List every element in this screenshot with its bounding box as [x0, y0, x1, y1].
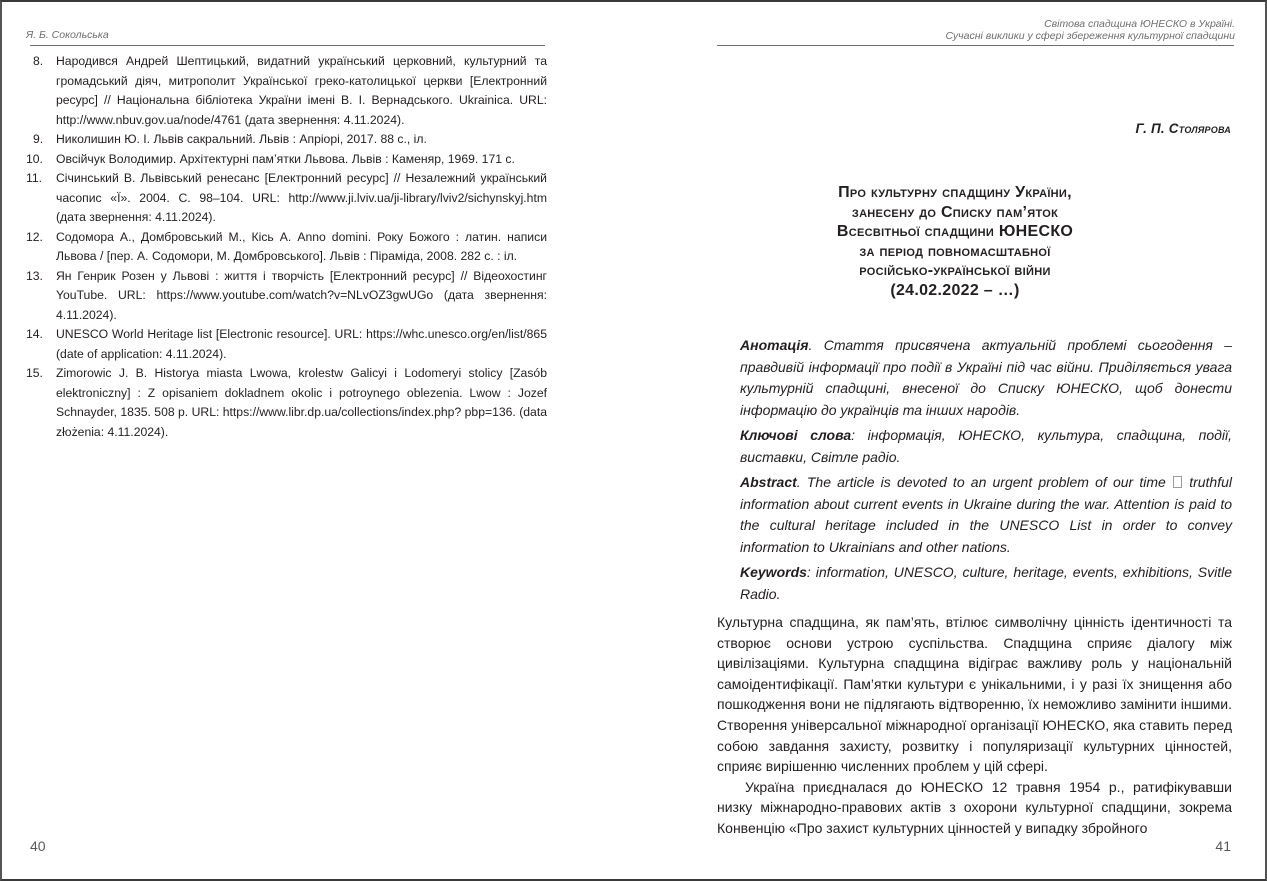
reference-item: 10. Овсійчук Володимир. Архітектурні пам…: [26, 150, 547, 170]
reference-text: Содомора А., Домбровський М., Кісь А. An…: [56, 230, 547, 264]
body-paragraph: Україна приєдналася до ЮНЕСКО 12 травня …: [717, 777, 1232, 839]
title-line: російсько-української війни: [755, 261, 1155, 281]
right-page: Світова спадщина ЮНЕСКО в Україні. Сучас…: [635, 2, 1267, 879]
abstract-block: Анотація. Стаття присвячена актуальній п…: [740, 335, 1232, 609]
title-line: за період повномасштабної: [755, 242, 1155, 262]
keywords-ua-label: Ключові слова: [740, 427, 851, 443]
annotation-text: . Стаття присвячена актуальній проблемі …: [740, 337, 1232, 418]
reference-text: Овсійчук Володимир. Архітектурні пам’ятк…: [56, 152, 515, 166]
reference-text: Січинський В. Львівський ренесанс [Елект…: [56, 171, 547, 224]
reference-number: 15.: [26, 364, 52, 384]
references-list: 8. Народився Андрей Шептицький, видатний…: [26, 52, 547, 442]
keywords-en-text: : information, UNESCO, culture, heritage…: [740, 564, 1232, 602]
running-head-collection: Світова спадщина ЮНЕСКО в Україні. Сучас…: [945, 18, 1235, 42]
article-author: Г. П. Столярова: [1135, 121, 1231, 136]
reference-number: 9.: [26, 130, 52, 150]
abstract-label: Abstract: [740, 474, 797, 490]
reference-text: Ян Генрик Розен у Львові : життя і творч…: [56, 269, 547, 322]
running-head-author: Я. Б. Сокольська: [26, 29, 109, 41]
missing-glyph-icon: [1173, 476, 1182, 488]
book-spread: Я. Б. Сокольська 8. Народився Андрей Шеп…: [0, 0, 1267, 881]
keywords-ua: Ключові слова: інформація, ЮНЕСКО, культ…: [740, 425, 1232, 468]
reference-number: 10.: [26, 150, 52, 170]
reference-number: 11.: [26, 169, 52, 189]
page-number-left: 40: [30, 838, 46, 854]
reference-item: 15. Zimorowic J. B. Historya miasta Lwow…: [26, 364, 547, 442]
title-line: Всесвітньої спадщини ЮНЕСКО: [755, 222, 1155, 242]
reference-number: 12.: [26, 228, 52, 248]
title-line: занесену до Списку пам’яток: [755, 203, 1155, 223]
abstract-en: Abstract. The article is devoted to an u…: [740, 472, 1232, 558]
body-paragraph: Культурна спадщина, як пам’ять, втілює с…: [717, 612, 1232, 777]
title-line: (24.02.2022 – …): [755, 281, 1155, 301]
left-page: Я. Б. Сокольська 8. Народився Андрей Шеп…: [2, 2, 635, 879]
title-line: Про культурну спадщину України,: [755, 183, 1155, 203]
article-title: Про культурну спадщину України, занесену…: [755, 183, 1155, 300]
reference-item: 9. Николишин Ю. І. Львів сакральний. Льв…: [26, 130, 547, 150]
reference-text: Zimorowic J. B. Historya miasta Lwowa, k…: [56, 366, 547, 439]
reference-text: UNESCO World Heritage list [Electronic r…: [56, 327, 547, 361]
running-head-line: Сучасні виклики у сфері збереження культ…: [945, 30, 1235, 42]
reference-text: Николишин Ю. І. Львів сакральний. Львів …: [56, 132, 427, 146]
reference-number: 13.: [26, 267, 52, 287]
annotation-ua: Анотація. Стаття присвячена актуальній п…: [740, 335, 1232, 421]
reference-text: Народився Андрей Шептицький, видатний ук…: [56, 54, 547, 127]
page-number-right: 41: [1215, 838, 1231, 854]
abstract-text: . The article is devoted to an urgent pr…: [797, 474, 1166, 490]
header-rule: [717, 45, 1234, 46]
reference-number: 8.: [26, 52, 52, 72]
reference-item: 8. Народився Андрей Шептицький, видатний…: [26, 52, 547, 130]
reference-item: 14. UNESCO World Heritage list [Electron…: [26, 325, 547, 364]
keywords-en: Keywords: information, UNESCO, culture, …: [740, 562, 1232, 605]
annotation-label: Анотація: [740, 337, 809, 353]
header-rule: [30, 45, 545, 46]
reference-number: 14.: [26, 325, 52, 345]
reference-item: 11. Січинський В. Львівський ренесанс [Е…: [26, 169, 547, 228]
reference-item: 12. Содомора А., Домбровський М., Кісь А…: [26, 228, 547, 267]
keywords-en-label: Keywords: [740, 564, 807, 580]
running-head-line: Світова спадщина ЮНЕСКО в Україні.: [945, 18, 1235, 30]
article-body: Культурна спадщина, як пам’ять, втілює с…: [717, 612, 1232, 839]
reference-item: 13. Ян Генрик Розен у Львові : життя і т…: [26, 267, 547, 326]
